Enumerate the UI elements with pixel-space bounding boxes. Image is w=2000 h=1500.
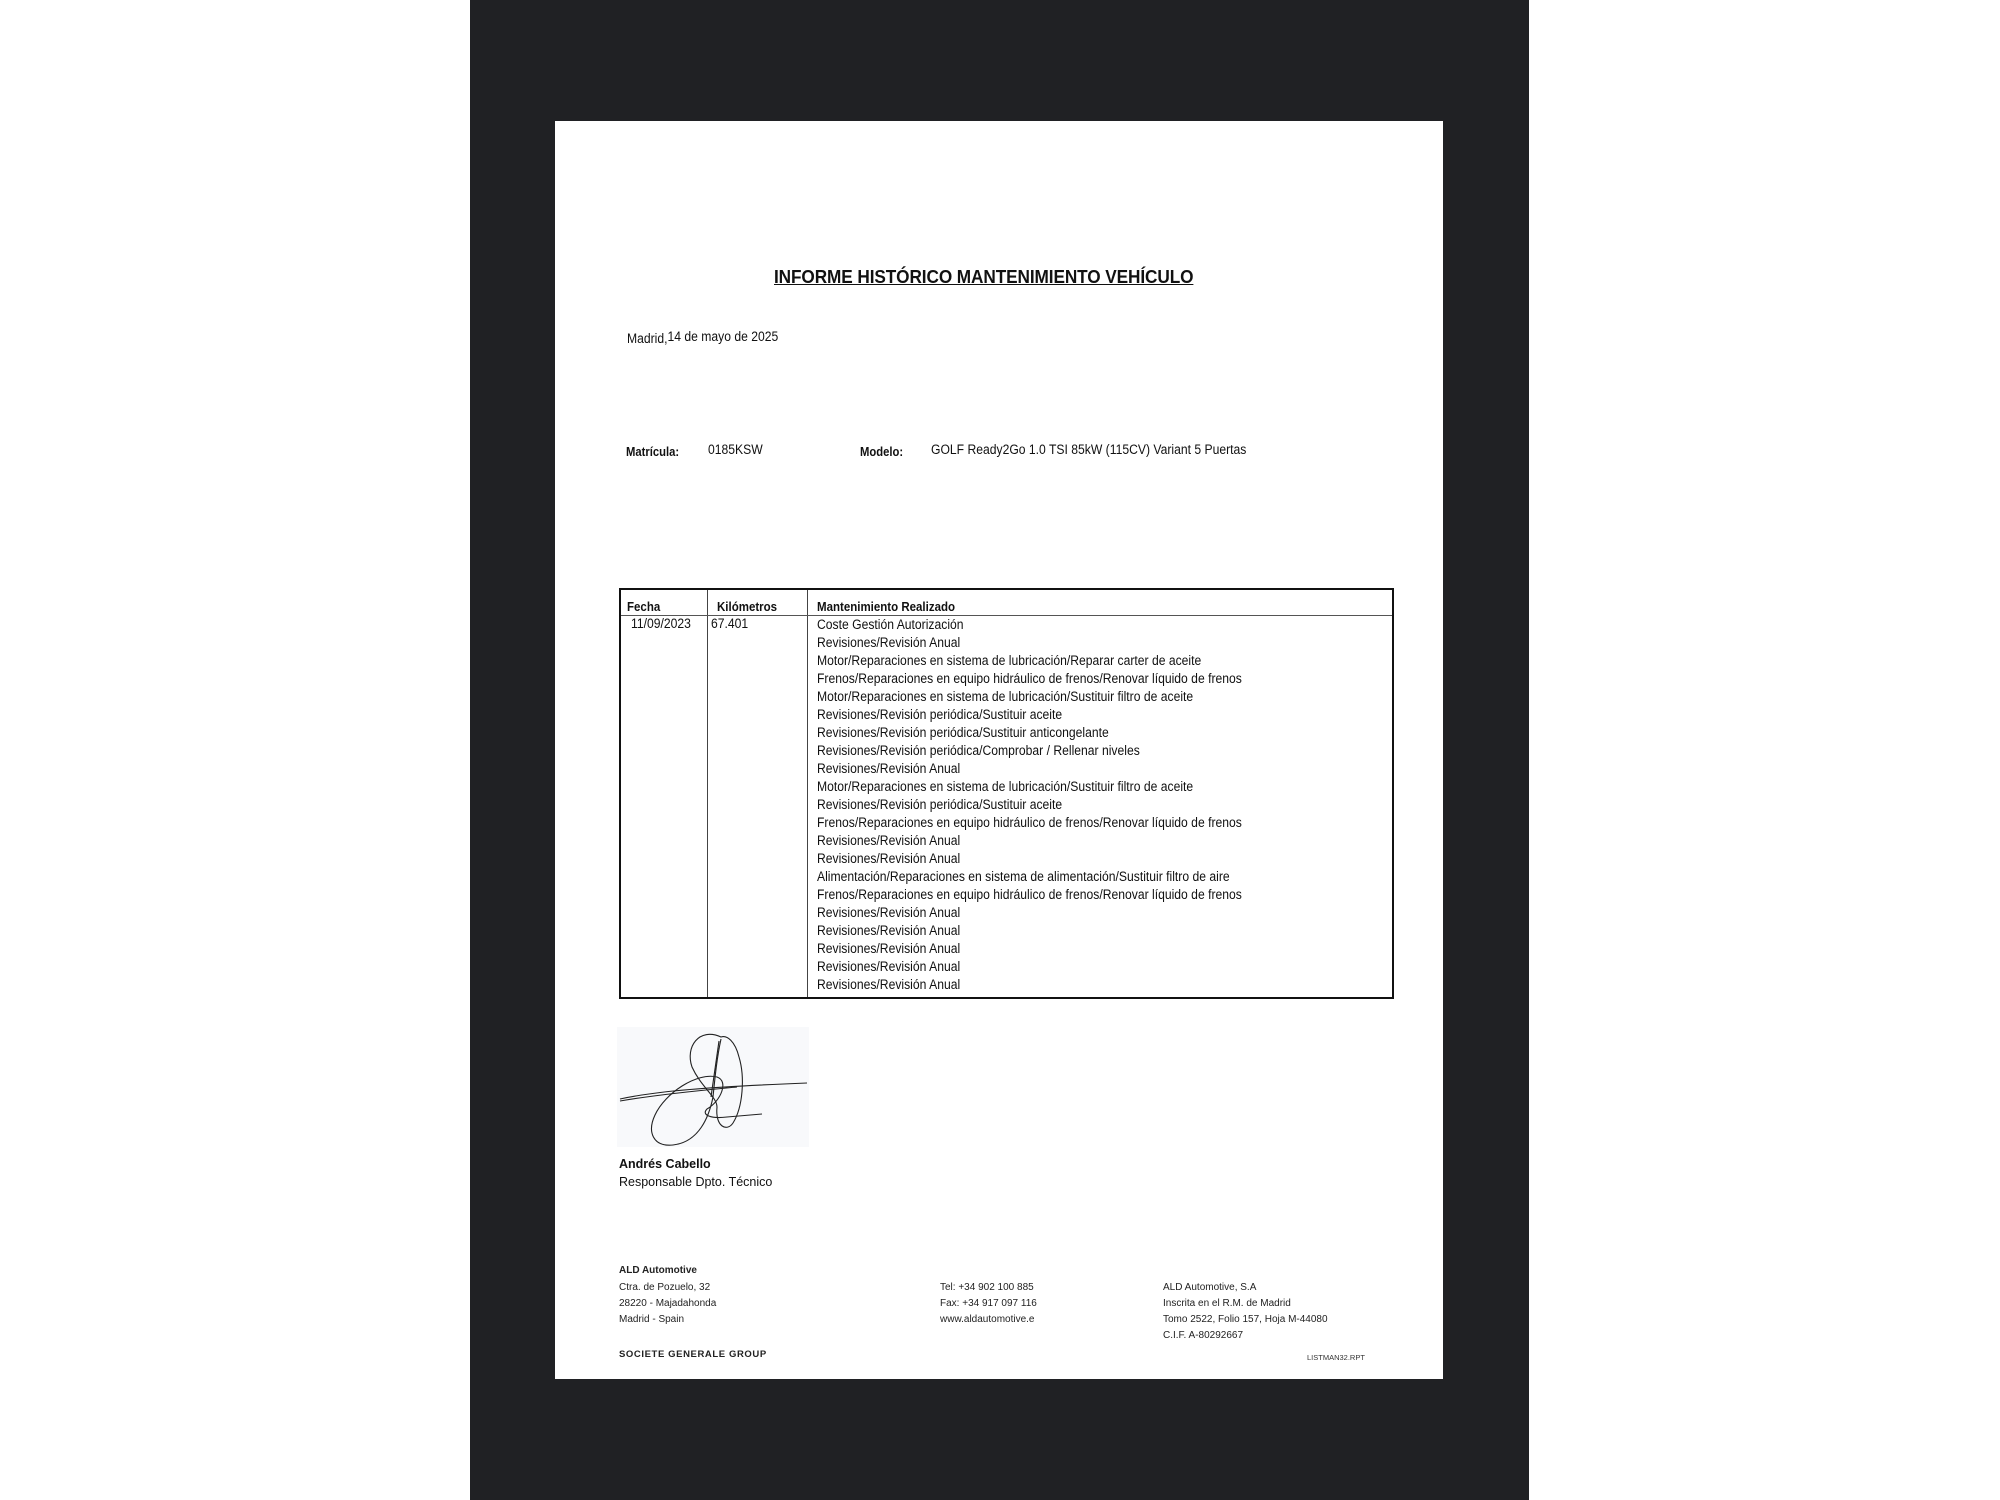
footer-address-1: Ctra. de Pozuelo, 32 [619, 1282, 710, 1293]
maintenance-item: Revisiones/Revisión Anual [817, 904, 1242, 922]
signature-scribble-icon [617, 1027, 809, 1147]
footer-website: www.aldautomotive.e [940, 1314, 1035, 1325]
maintenance-item: Revisiones/Revisión Anual [817, 976, 1242, 994]
document-page: INFORME HISTÓRICO MANTENIMIENTO VEHÍCULO… [555, 121, 1443, 1379]
maintenance-item: Revisiones/Revisión Anual [817, 940, 1242, 958]
column-divider [807, 590, 808, 997]
header-fecha: Fecha [627, 600, 660, 614]
maintenance-item: Revisiones/Revisión Anual [817, 922, 1242, 940]
plate-label: Matrícula: [626, 445, 679, 459]
signature-image [617, 1027, 809, 1147]
footer-registry-1: ALD Automotive, S.A [1163, 1282, 1256, 1293]
footer-registry-3: Tomo 2522, Folio 157, Hoja M-44080 [1163, 1314, 1328, 1325]
plate-value: 0185KSW [708, 442, 763, 457]
model-label: Modelo: [860, 445, 903, 459]
footer-fax: Fax: +34 917 097 116 [940, 1298, 1037, 1309]
maintenance-item: Revisiones/Revisión periódica/Comprobar … [817, 742, 1242, 760]
maintenance-item: Revisiones/Revisión periódica/Sustituir … [817, 796, 1242, 814]
maintenance-item: Frenos/Reparaciones en equipo hidráulico… [817, 886, 1242, 904]
footer-company: ALD Automotive [619, 1265, 697, 1276]
maintenance-item: Frenos/Reparaciones en equipo hidráulico… [817, 814, 1242, 832]
footer-address-2: 28220 - Majadahonda [619, 1298, 716, 1309]
row-fecha: 11/09/2023 [631, 616, 691, 631]
maintenance-item: Coste Gestión Autorización [817, 616, 1242, 634]
header-mantenimiento: Mantenimiento Realizado [817, 600, 955, 614]
footer-registry-2: Inscrita en el R.M. de Madrid [1163, 1298, 1291, 1309]
maintenance-item: Revisiones/Revisión Anual [817, 760, 1242, 778]
maintenance-items-list: Coste Gestión AutorizaciónRevisiones/Rev… [817, 616, 1289, 994]
maintenance-item: Revisiones/Revisión Anual [817, 634, 1242, 652]
maintenance-item: Motor/Reparaciones en sistema de lubrica… [817, 688, 1242, 706]
maintenance-item: Revisiones/Revisión Anual [817, 958, 1242, 976]
maintenance-item: Frenos/Reparaciones en equipo hidráulico… [817, 670, 1242, 688]
maintenance-item: Motor/Reparaciones en sistema de lubrica… [817, 652, 1242, 670]
report-date: 14 de mayo de 2025 [668, 329, 779, 344]
maintenance-item: Motor/Reparaciones en sistema de lubrica… [817, 778, 1242, 796]
row-kilometros: 67.401 [711, 616, 748, 631]
column-divider [707, 590, 708, 997]
footer-address-3: Madrid - Spain [619, 1314, 684, 1325]
signer-name: Andrés Cabello [619, 1157, 711, 1171]
maintenance-table: Fecha Kilómetros Mantenimiento Realizado… [619, 588, 1394, 999]
footer-registry-4: C.I.F. A-80292667 [1163, 1330, 1243, 1341]
model-value: GOLF Ready2Go 1.0 TSI 85kW (115CV) Varia… [931, 442, 1246, 457]
report-city: Madrid, [627, 331, 668, 346]
report-code: LISTMAN32.RPT [1307, 1353, 1365, 1362]
report-date-line: Madrid,14 de mayo de 2025 [627, 329, 778, 344]
header-kilometros: Kilómetros [717, 600, 777, 614]
maintenance-item: Alimentación/Reparaciones en sistema de … [817, 868, 1242, 886]
report-title: INFORME HISTÓRICO MANTENIMIENTO VEHÍCULO [774, 266, 1193, 288]
footer-phone: Tel: +34 902 100 885 [940, 1282, 1034, 1293]
maintenance-item: Revisiones/Revisión Anual [817, 850, 1242, 868]
signer-role: Responsable Dpto. Técnico [619, 1175, 772, 1189]
maintenance-item: Revisiones/Revisión periódica/Sustituir … [817, 706, 1242, 724]
maintenance-item: Revisiones/Revisión Anual [817, 832, 1242, 850]
maintenance-item: Revisiones/Revisión periódica/Sustituir … [817, 724, 1242, 742]
group-logo-text: SOCIETE GENERALE GROUP [619, 1349, 767, 1360]
